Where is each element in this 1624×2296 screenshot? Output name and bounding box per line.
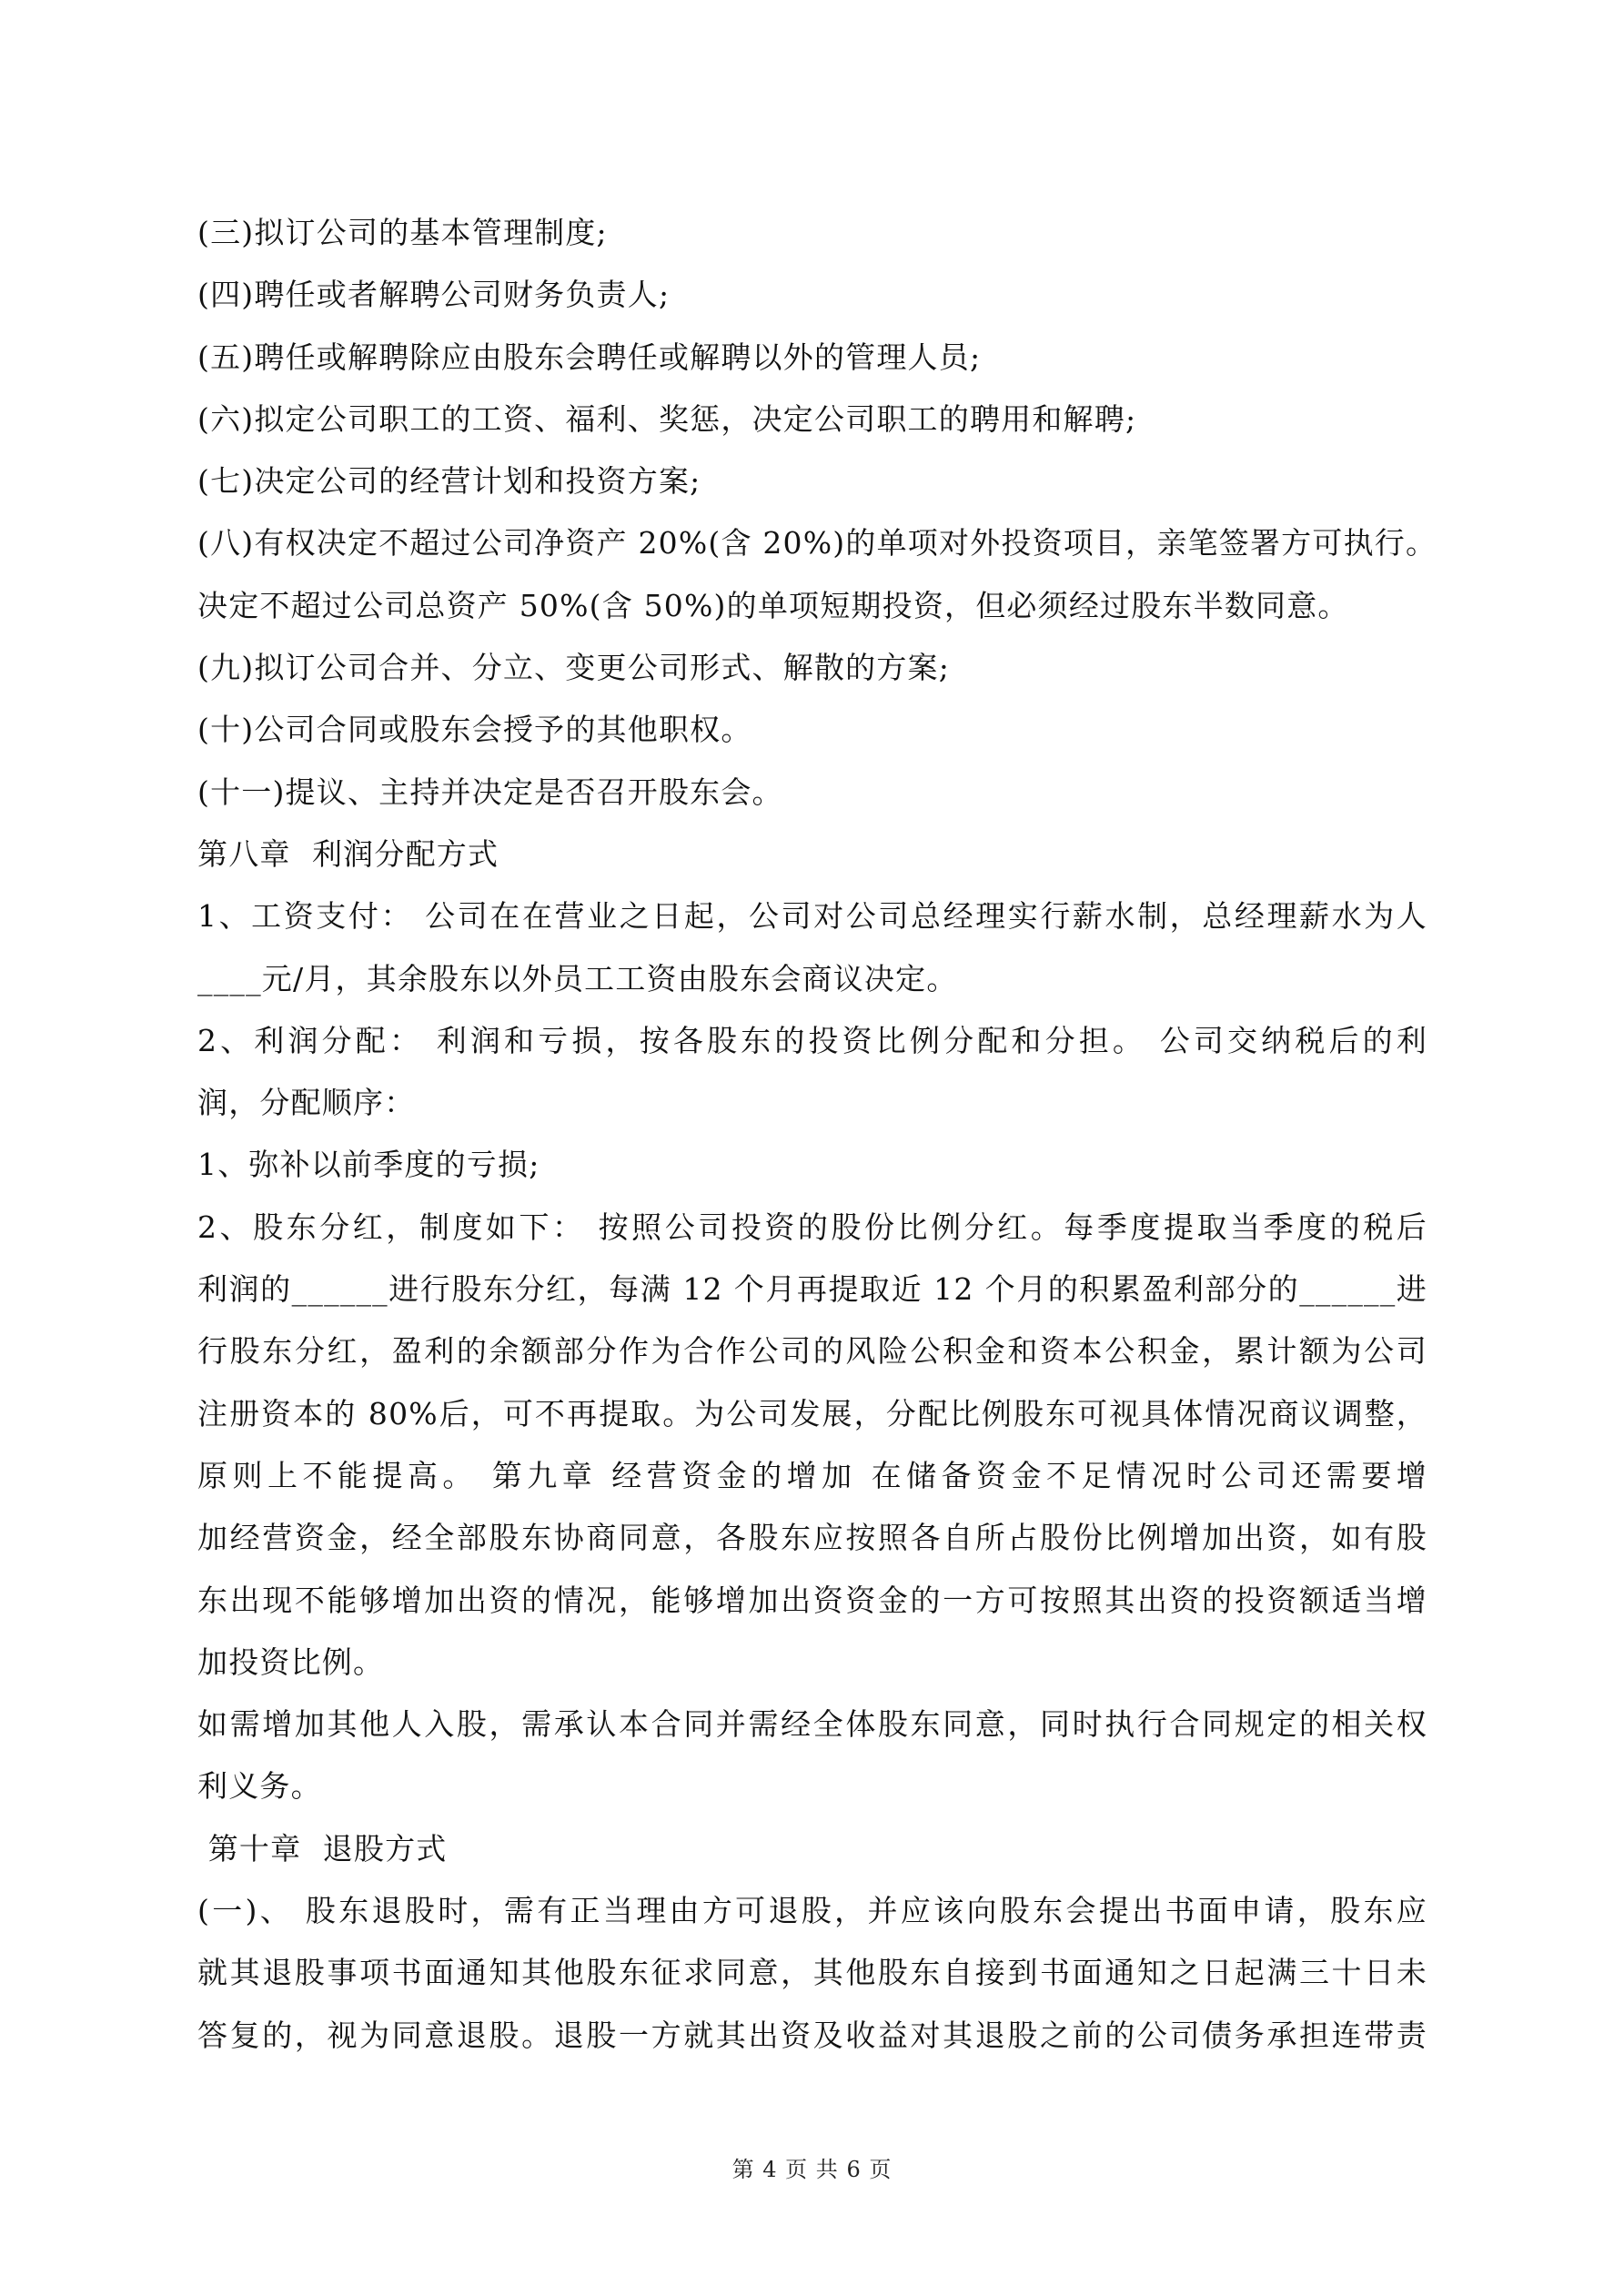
salary-payment-line-1: 1、工资支付： 公司在在营业之日起，公司对公司总经理实行薪水制，总经理薪水为人 <box>197 885 1427 947</box>
distribution-order-1: 1、弥补以前季度的亏损; <box>197 1134 1427 1196</box>
clause-8: (八)有权决定不超过公司净资产 20%(含 20%)的单项对外投资项目，亲笔签署… <box>197 512 1427 574</box>
clause-9: (九)拟订公司合并、分立、变更公司形式、解散的方案; <box>197 637 1427 699</box>
clause-3: (三)拟订公司的基本管理制度; <box>197 202 1427 264</box>
withdrawal-line-2: 就其退股事项书面通知其他股东征求同意，其他股东自接到书面通知之日起满三十日未 <box>197 1942 1427 2004</box>
clause-10: (十)公司合同或股东会授予的其他职权。 <box>197 699 1427 761</box>
profit-distribution-line-1: 2、利润分配： 利润和亏损，按各股东的投资比例分配和分担。 公司交纳税后的利 <box>197 1010 1427 1072</box>
clause-5: (五)聘任或解聘除应由股东会聘任或解聘以外的管理人员; <box>197 327 1427 389</box>
withdrawal-line-3: 答复的，视为同意退股。退股一方就其出资及收益对其退股之前的公司债务承担连带责 <box>197 2005 1427 2067</box>
chapter-9-line-2: 加经营资金，经全部股东协商同意，各股东应按照各自所占股份比例增加出资，如有股 <box>197 1507 1427 1569</box>
clause-11: (十一)提议、主持并决定是否召开股东会。 <box>197 762 1427 824</box>
document-page: (三)拟订公司的基本管理制度; (四)聘任或者解聘公司财务负责人; (五)聘任或… <box>0 0 1624 2296</box>
chapter-9-line-4: 加投资比例。 <box>197 1632 1427 1694</box>
chapter-10-heading: 第十章 退股方式 <box>197 1818 1427 1880</box>
chapter-9-line-1: 原则上不能提高。 第九章 经营资金的增加 在储备资金不足情况时公司还需要增 <box>197 1445 1427 1507</box>
salary-payment-line-2: ____元/月，其余股东以外员工工资由股东会商议决定。 <box>197 948 1427 1010</box>
profit-distribution-line-2: 润，分配顺序： <box>197 1072 1427 1134</box>
new-shareholder-line-1: 如需增加其他人入股，需承认本合同并需经全体股东同意，同时执行合同规定的相关权 <box>197 1694 1427 1755</box>
chapter-9-line-3: 东出现不能够增加出资的情况，能够增加出资资金的一方可按照其出资的投资额适当增 <box>197 1570 1427 1632</box>
document-body: (三)拟订公司的基本管理制度; (四)聘任或者解聘公司财务负责人; (五)聘任或… <box>197 202 1427 2067</box>
dividend-line-3: 行股东分红，盈利的余额部分作为合作公司的风险公积金和资本公积金，累计额为公司 <box>197 1320 1427 1382</box>
dividend-line-4: 注册资本的 80%后，可不再提取。为公司发展，分配比例股东可视具体情况商议调整， <box>197 1383 1427 1445</box>
chapter-8-heading: 第八章 利润分配方式 <box>197 824 1427 885</box>
page-number-footer: 第 4 页 共 6 页 <box>0 2151 1624 2183</box>
clause-6: (六)拟定公司职工的工资、福利、奖惩，决定公司职工的聘用和解聘; <box>197 389 1427 450</box>
dividend-line-1: 2、股东分红，制度如下： 按照公司投资的股份比例分红。每季度提取当季度的税后 <box>197 1197 1427 1259</box>
clause-8-continued: 决定不超过公司总资产 50%(含 50%)的单项短期投资，但必须经过股东半数同意… <box>197 575 1427 637</box>
clause-7: (七)决定公司的经营计划和投资方案; <box>197 450 1427 512</box>
dividend-line-2: 利润的______进行股东分红，每满 12 个月再提取近 12 个月的积累盈利部… <box>197 1259 1427 1320</box>
withdrawal-line-1: (一)、 股东退股时，需有正当理由方可退股，并应该向股东会提出书面申请，股东应 <box>197 1880 1427 1942</box>
clause-4: (四)聘任或者解聘公司财务负责人; <box>197 264 1427 326</box>
new-shareholder-line-2: 利义务。 <box>197 1755 1427 1817</box>
